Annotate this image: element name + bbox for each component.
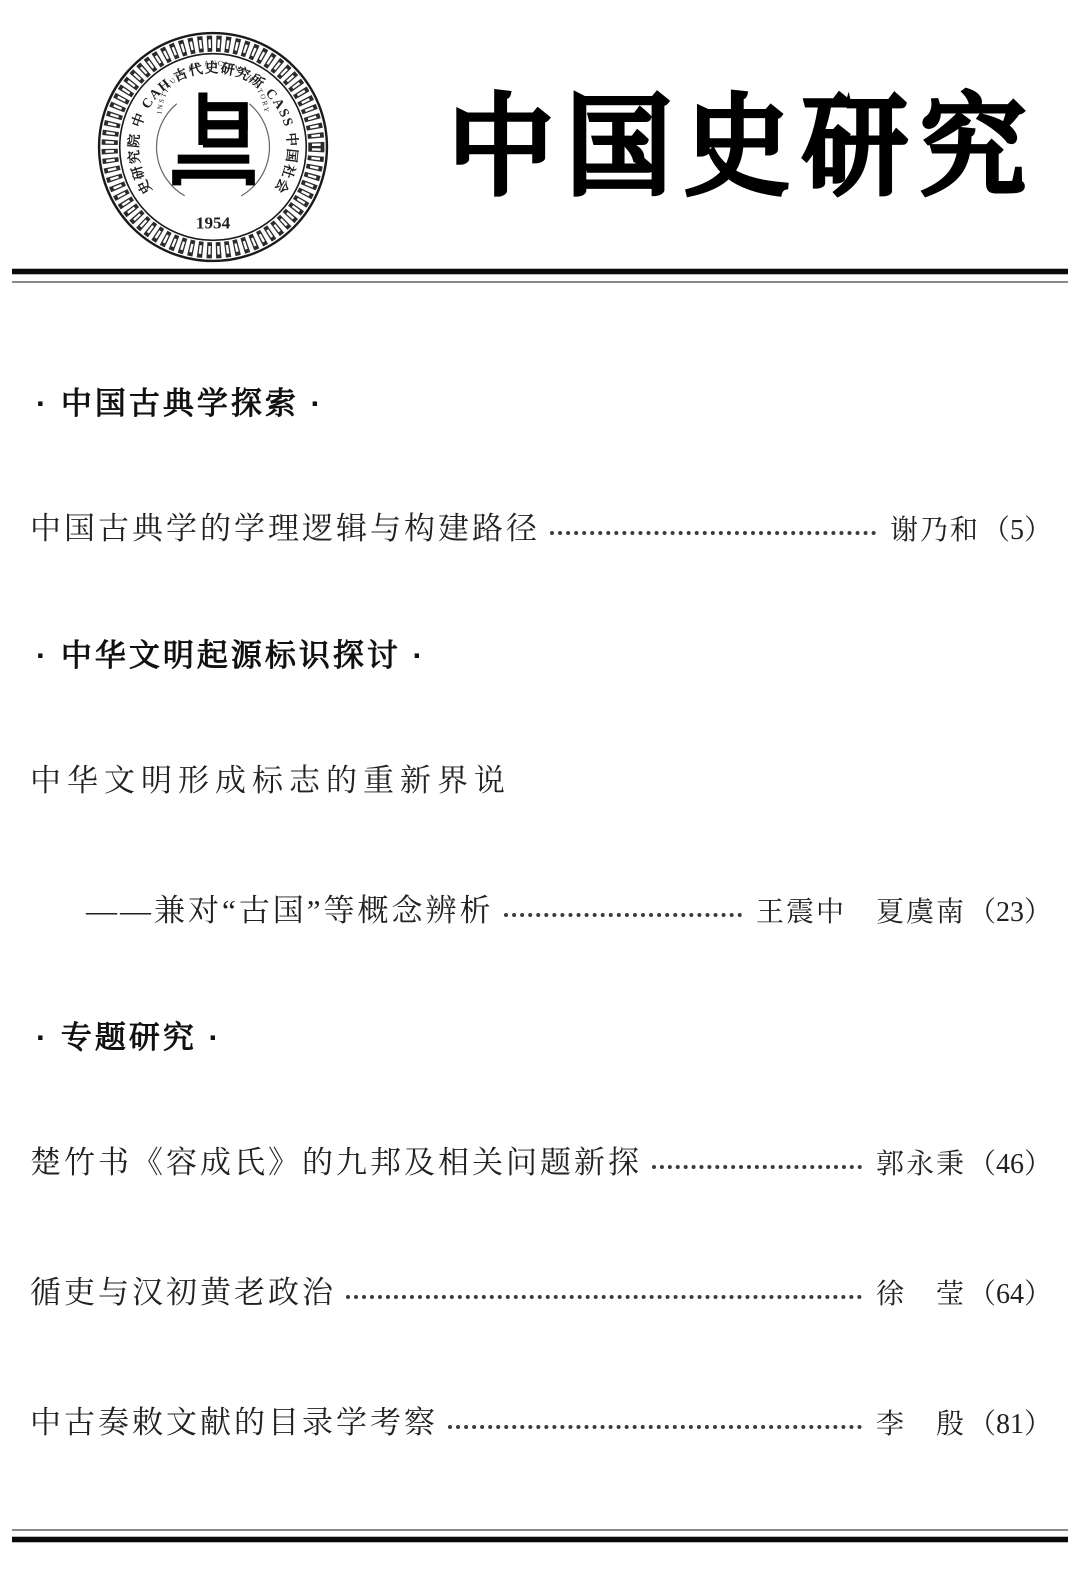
toc-entry: 循吏与汉初黄老政治 徐 莹 （64） — [30, 1264, 1052, 1312]
ancient-shi-glyph — [177, 93, 251, 186]
journal-title-calligraphy: 中国史研究 — [448, 59, 1038, 217]
dot-leader — [448, 1425, 862, 1429]
article-title: 中华文明形成标志的重新界说 — [30, 755, 511, 800]
article-title: 循吏与汉初黄老政治 — [30, 1267, 336, 1312]
top-rule-thick-line — [12, 268, 1068, 275]
dot-leader — [346, 1295, 862, 1299]
section-header-special-research: · 专题研究 · — [36, 1012, 1052, 1058]
top-rule-thin-line — [12, 281, 1068, 283]
article-authors: 徐 莹 — [876, 1272, 966, 1312]
article-authors: 谢乃和 — [890, 508, 980, 548]
table-of-contents: · 中国古典学探索 · 中国古典学的学理逻辑与构建路径 谢乃和 （5） · 中华… — [30, 378, 1052, 1442]
article-authors: 李 殷 — [876, 1402, 966, 1442]
institute-seal: 中国历史研究院 中 CAH 古代史研究所 CASS 中国社会科学院 INSTIT… — [92, 26, 334, 268]
article-title: 楚竹书《容成氏》的九邦及相关问题新探 — [30, 1137, 642, 1182]
article-page-number: （5） — [982, 508, 1052, 548]
dot-leader — [652, 1165, 862, 1169]
toc-entry: 中华文明形成标志的重新界说 — [30, 752, 1052, 800]
toc-entry-subtitle: ——兼对“古国”等概念辨析 王震中 夏虞南 （23） — [86, 882, 1052, 930]
top-double-rule — [12, 268, 1068, 283]
article-authors: 郭永秉 — [876, 1142, 966, 1182]
toc-entry: 楚竹书《容成氏》的九邦及相关问题新探 郭永秉 （46） — [30, 1134, 1052, 1182]
toc-entry: 中国古典学的学理逻辑与构建路径 谢乃和 （5） — [30, 500, 1052, 548]
article-title: 中古奏敕文献的目录学考察 — [30, 1397, 438, 1442]
dot-leader — [550, 531, 876, 535]
article-authors: 王震中 夏虞南 — [756, 890, 966, 930]
article-page-number: （81） — [968, 1402, 1052, 1442]
seal-emblem-svg: 中国历史研究院 中 CAH 古代史研究所 CASS 中国社会科学院 INSTIT… — [92, 26, 334, 268]
seal-year: 1954 — [196, 214, 231, 233]
bottom-rule-thick-line — [12, 1536, 1068, 1543]
article-subtitle: ——兼对“古国”等概念辨析 — [86, 885, 494, 930]
article-page-number: （64） — [968, 1272, 1052, 1312]
article-page-number: （46） — [968, 1142, 1052, 1182]
article-title: 中国古典学的学理逻辑与构建路径 — [30, 503, 540, 548]
section-header-classical-studies: · 中国古典学探索 · — [36, 378, 1052, 424]
toc-entry: 中古奏敕文献的目录学考察 李 殷 （81） — [30, 1394, 1052, 1442]
bottom-rule-thin-line — [12, 1529, 1068, 1531]
section-header-civilization-origin: · 中华文明起源标识探讨 · — [36, 630, 1052, 676]
article-page-number: （23） — [968, 890, 1052, 930]
bottom-double-rule — [12, 1529, 1068, 1543]
dot-leader — [504, 913, 742, 917]
